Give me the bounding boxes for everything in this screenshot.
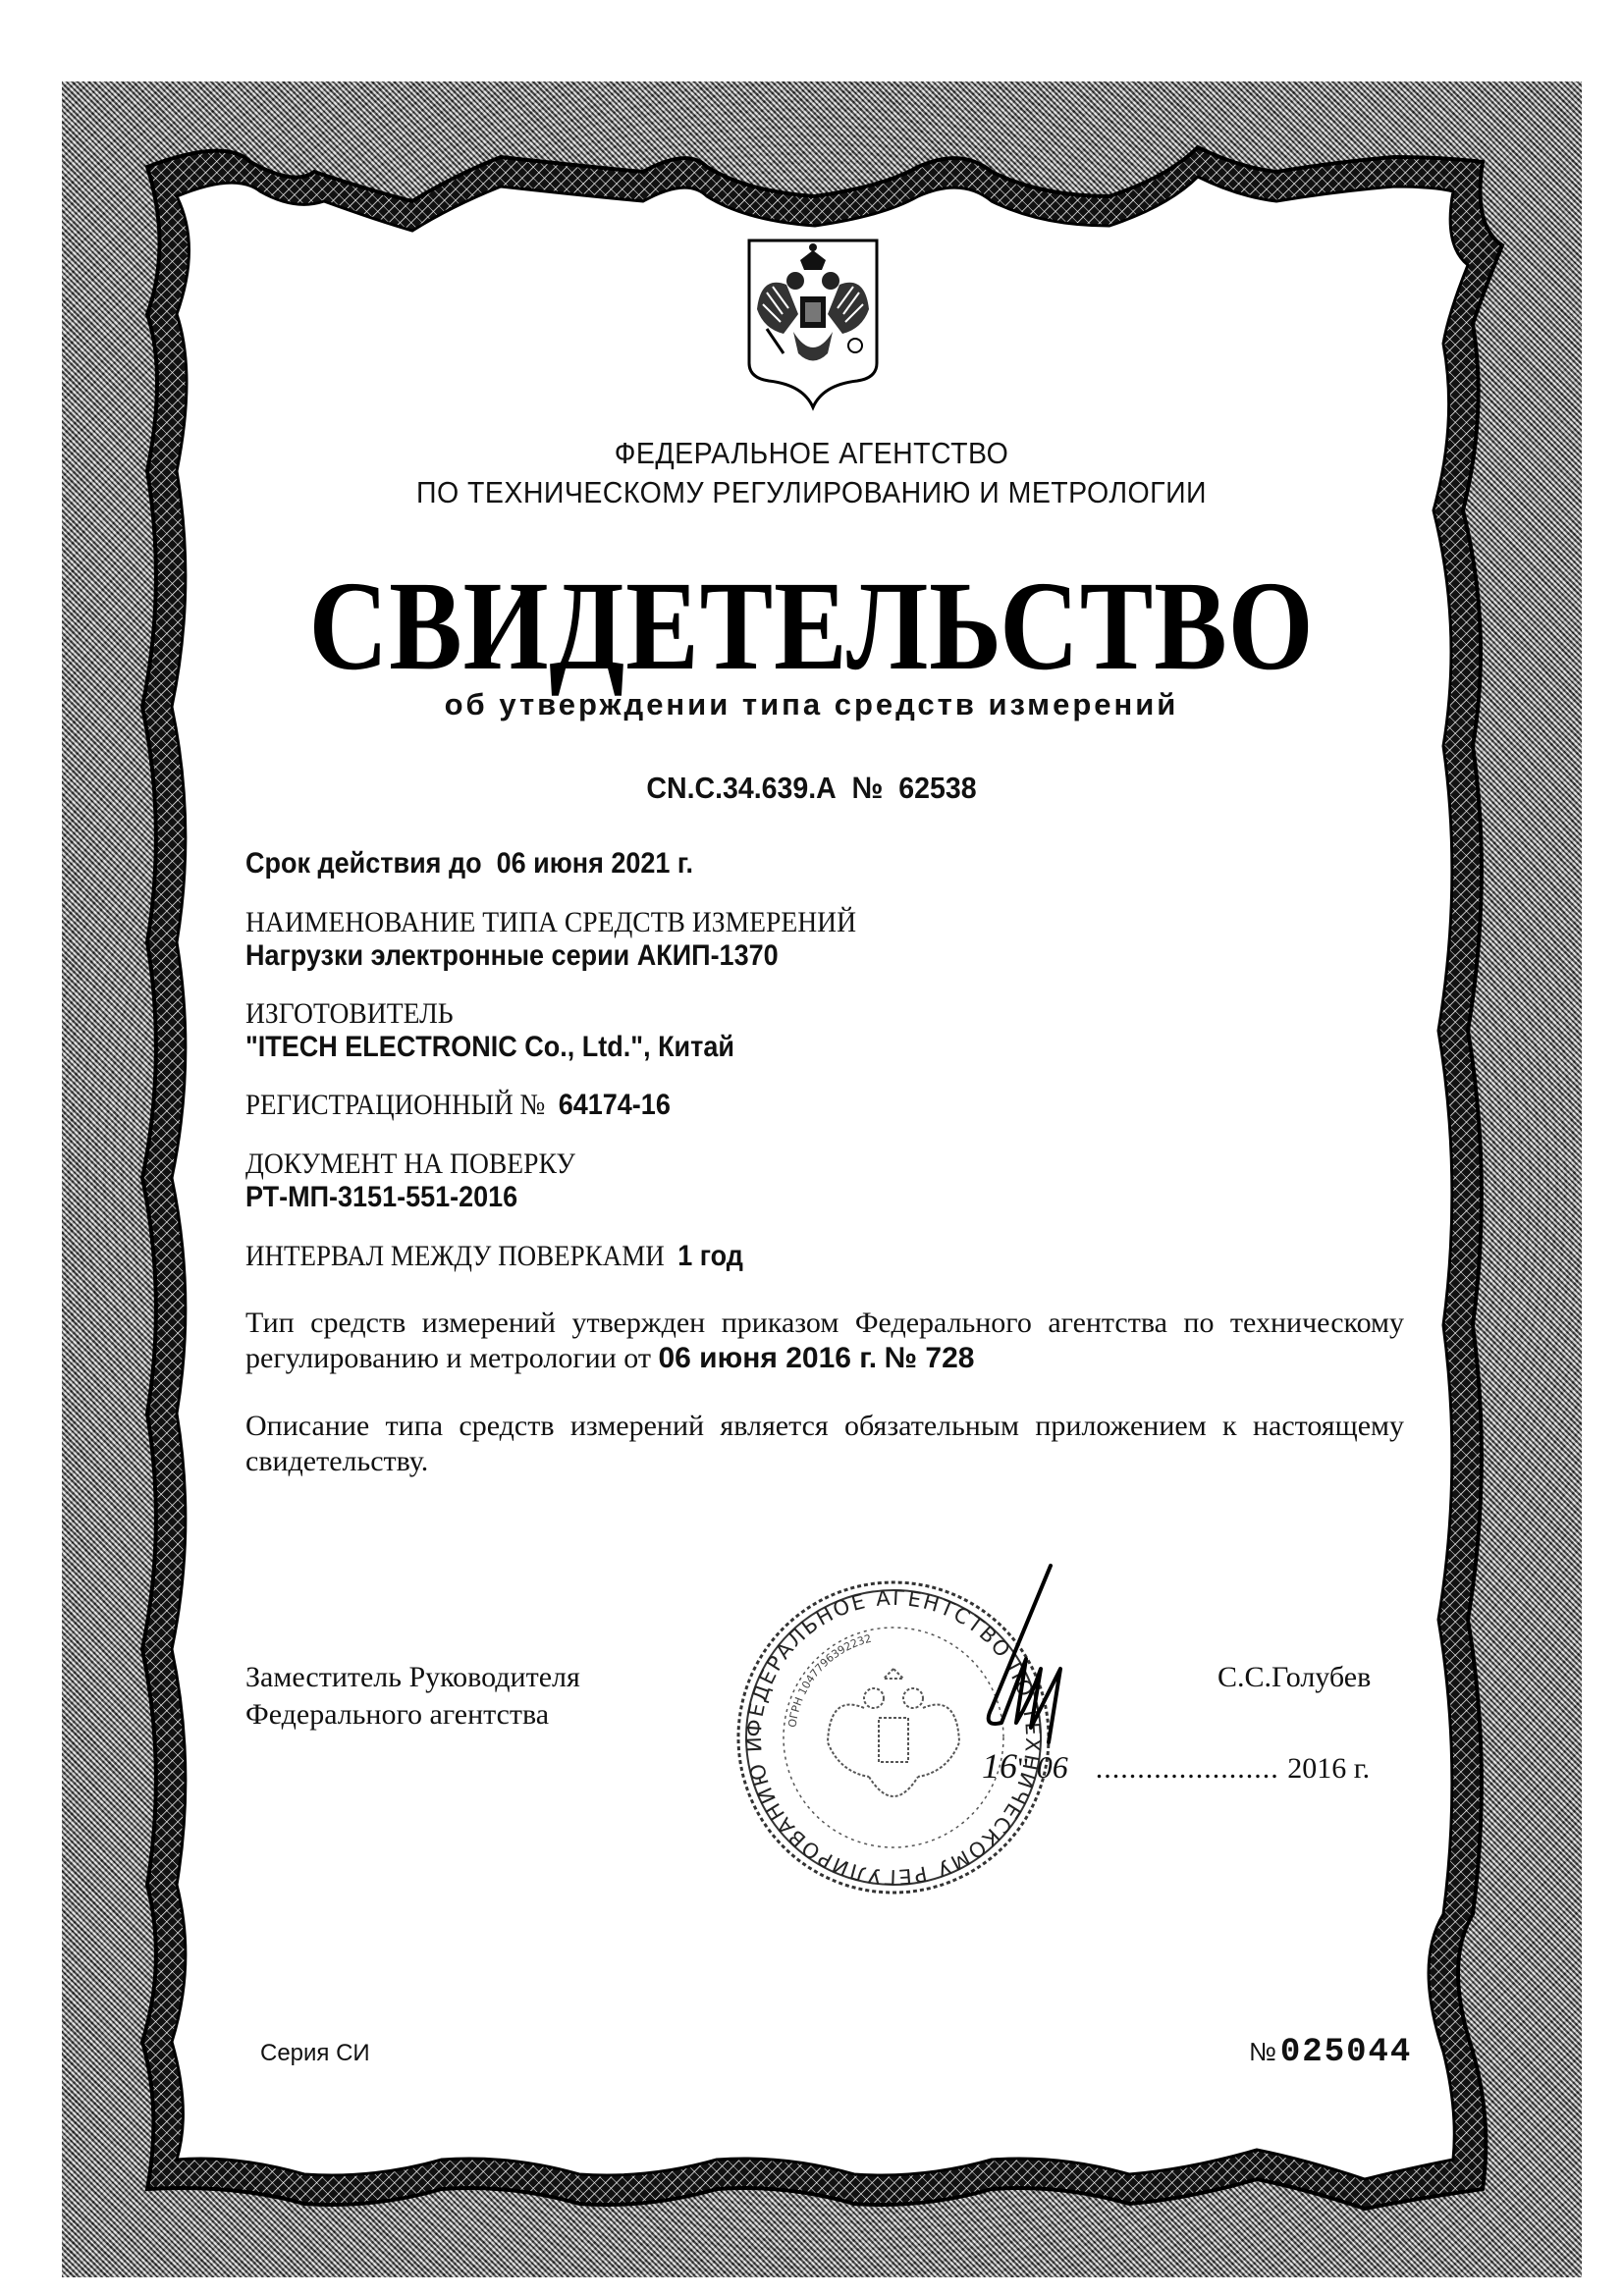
verification-doc-label: ДОКУМЕНТ НА ПОВЕРКУ <box>245 1147 604 1182</box>
interval-row: ИНТЕРВАЛ МЕЖДУ ПОВЕРКАМИ 1 год <box>245 1239 798 1274</box>
handwritten-signature <box>933 1561 1090 1836</box>
interval-label: ИНТЕРВАЛ МЕЖДУ ПОВЕРКАМИ <box>245 1240 665 1272</box>
series-label: Серия СИ <box>260 2040 370 2067</box>
verification-doc-value: РТ-МП-3151-551-2016 <box>245 1180 548 1215</box>
russian-coat-of-arms-icon <box>739 216 887 412</box>
date-month: 06 <box>1037 1748 1096 1786</box>
manufacturer-value: "ITECH ELECTRONIC Co., Ltd.", Китай <box>245 1030 788 1065</box>
certificate-prefix: CN.C.34.639.A <box>646 771 836 805</box>
validity-date: 06 июня 2021 г. <box>497 847 693 880</box>
description-note: Описание типа средств измерений является… <box>245 1409 1404 1479</box>
manufacturer-label: ИЗГОТОВИТЕЛЬ <box>245 996 471 1032</box>
approval-date: 06 июня 2016 г. <box>658 1342 877 1374</box>
signatory-position: Заместитель Руководителя Федерального аг… <box>245 1659 580 1734</box>
validity-label: Срок действия до <box>245 847 482 880</box>
registration-row: РЕГИСТРАЦИОННЫЙ № 64174-16 <box>245 1088 718 1123</box>
agency-name-line1: ФЕДЕРАЛЬНОЕ АГЕНТСТВО <box>65 432 1558 475</box>
document-title: СВИДЕТЕЛЬСТВО <box>114 558 1510 695</box>
date-year: 2016 г. <box>1287 1752 1370 1785</box>
certificate-page: ФЕДЕРАЛЬНОЕ АГЕНТСТВО ПО ТЕХНИЧЕСКОМУ РЕ… <box>0 0 1623 2296</box>
blank-number: № 025044 <box>1249 2034 1412 2071</box>
certificate-number: CN.C.34.639.A № 62538 <box>65 771 1558 806</box>
interval-value: 1 год <box>677 1240 743 1272</box>
document-subtitle: об утверждении типа средств измерений <box>0 687 1623 722</box>
signature-date: 16" 06...................... 2016 г. <box>982 1747 1394 1788</box>
instrument-type-label: НАИМЕНОВАНИЕ ТИПА СРЕДСТВ ИЗМЕРЕНИЙ <box>245 905 909 940</box>
instrument-type-value: Нагрузки электронные серии АКИП-1370 <box>245 938 838 974</box>
agency-name-line2: ПО ТЕХНИЧЕСКОМУ РЕГУЛИРОВАНИЮ И МЕТРОЛОГ… <box>65 471 1558 514</box>
certificate-no: 62538 <box>898 771 976 805</box>
approval-paragraph: Тип средств измерений утвержден приказом… <box>245 1306 1404 1376</box>
date-day: 16 <box>982 1746 1017 1786</box>
number-sign: № <box>852 771 884 805</box>
registration-number: 64174-16 <box>559 1089 671 1121</box>
registration-label: РЕГИСТРАЦИОННЫЙ № <box>245 1089 545 1121</box>
approval-order-number: № 728 <box>885 1342 975 1374</box>
signatory-name: С.С.Голубев <box>1217 1659 1371 1696</box>
validity-row: Срок действия до 06 июня 2021 г. <box>245 846 743 881</box>
